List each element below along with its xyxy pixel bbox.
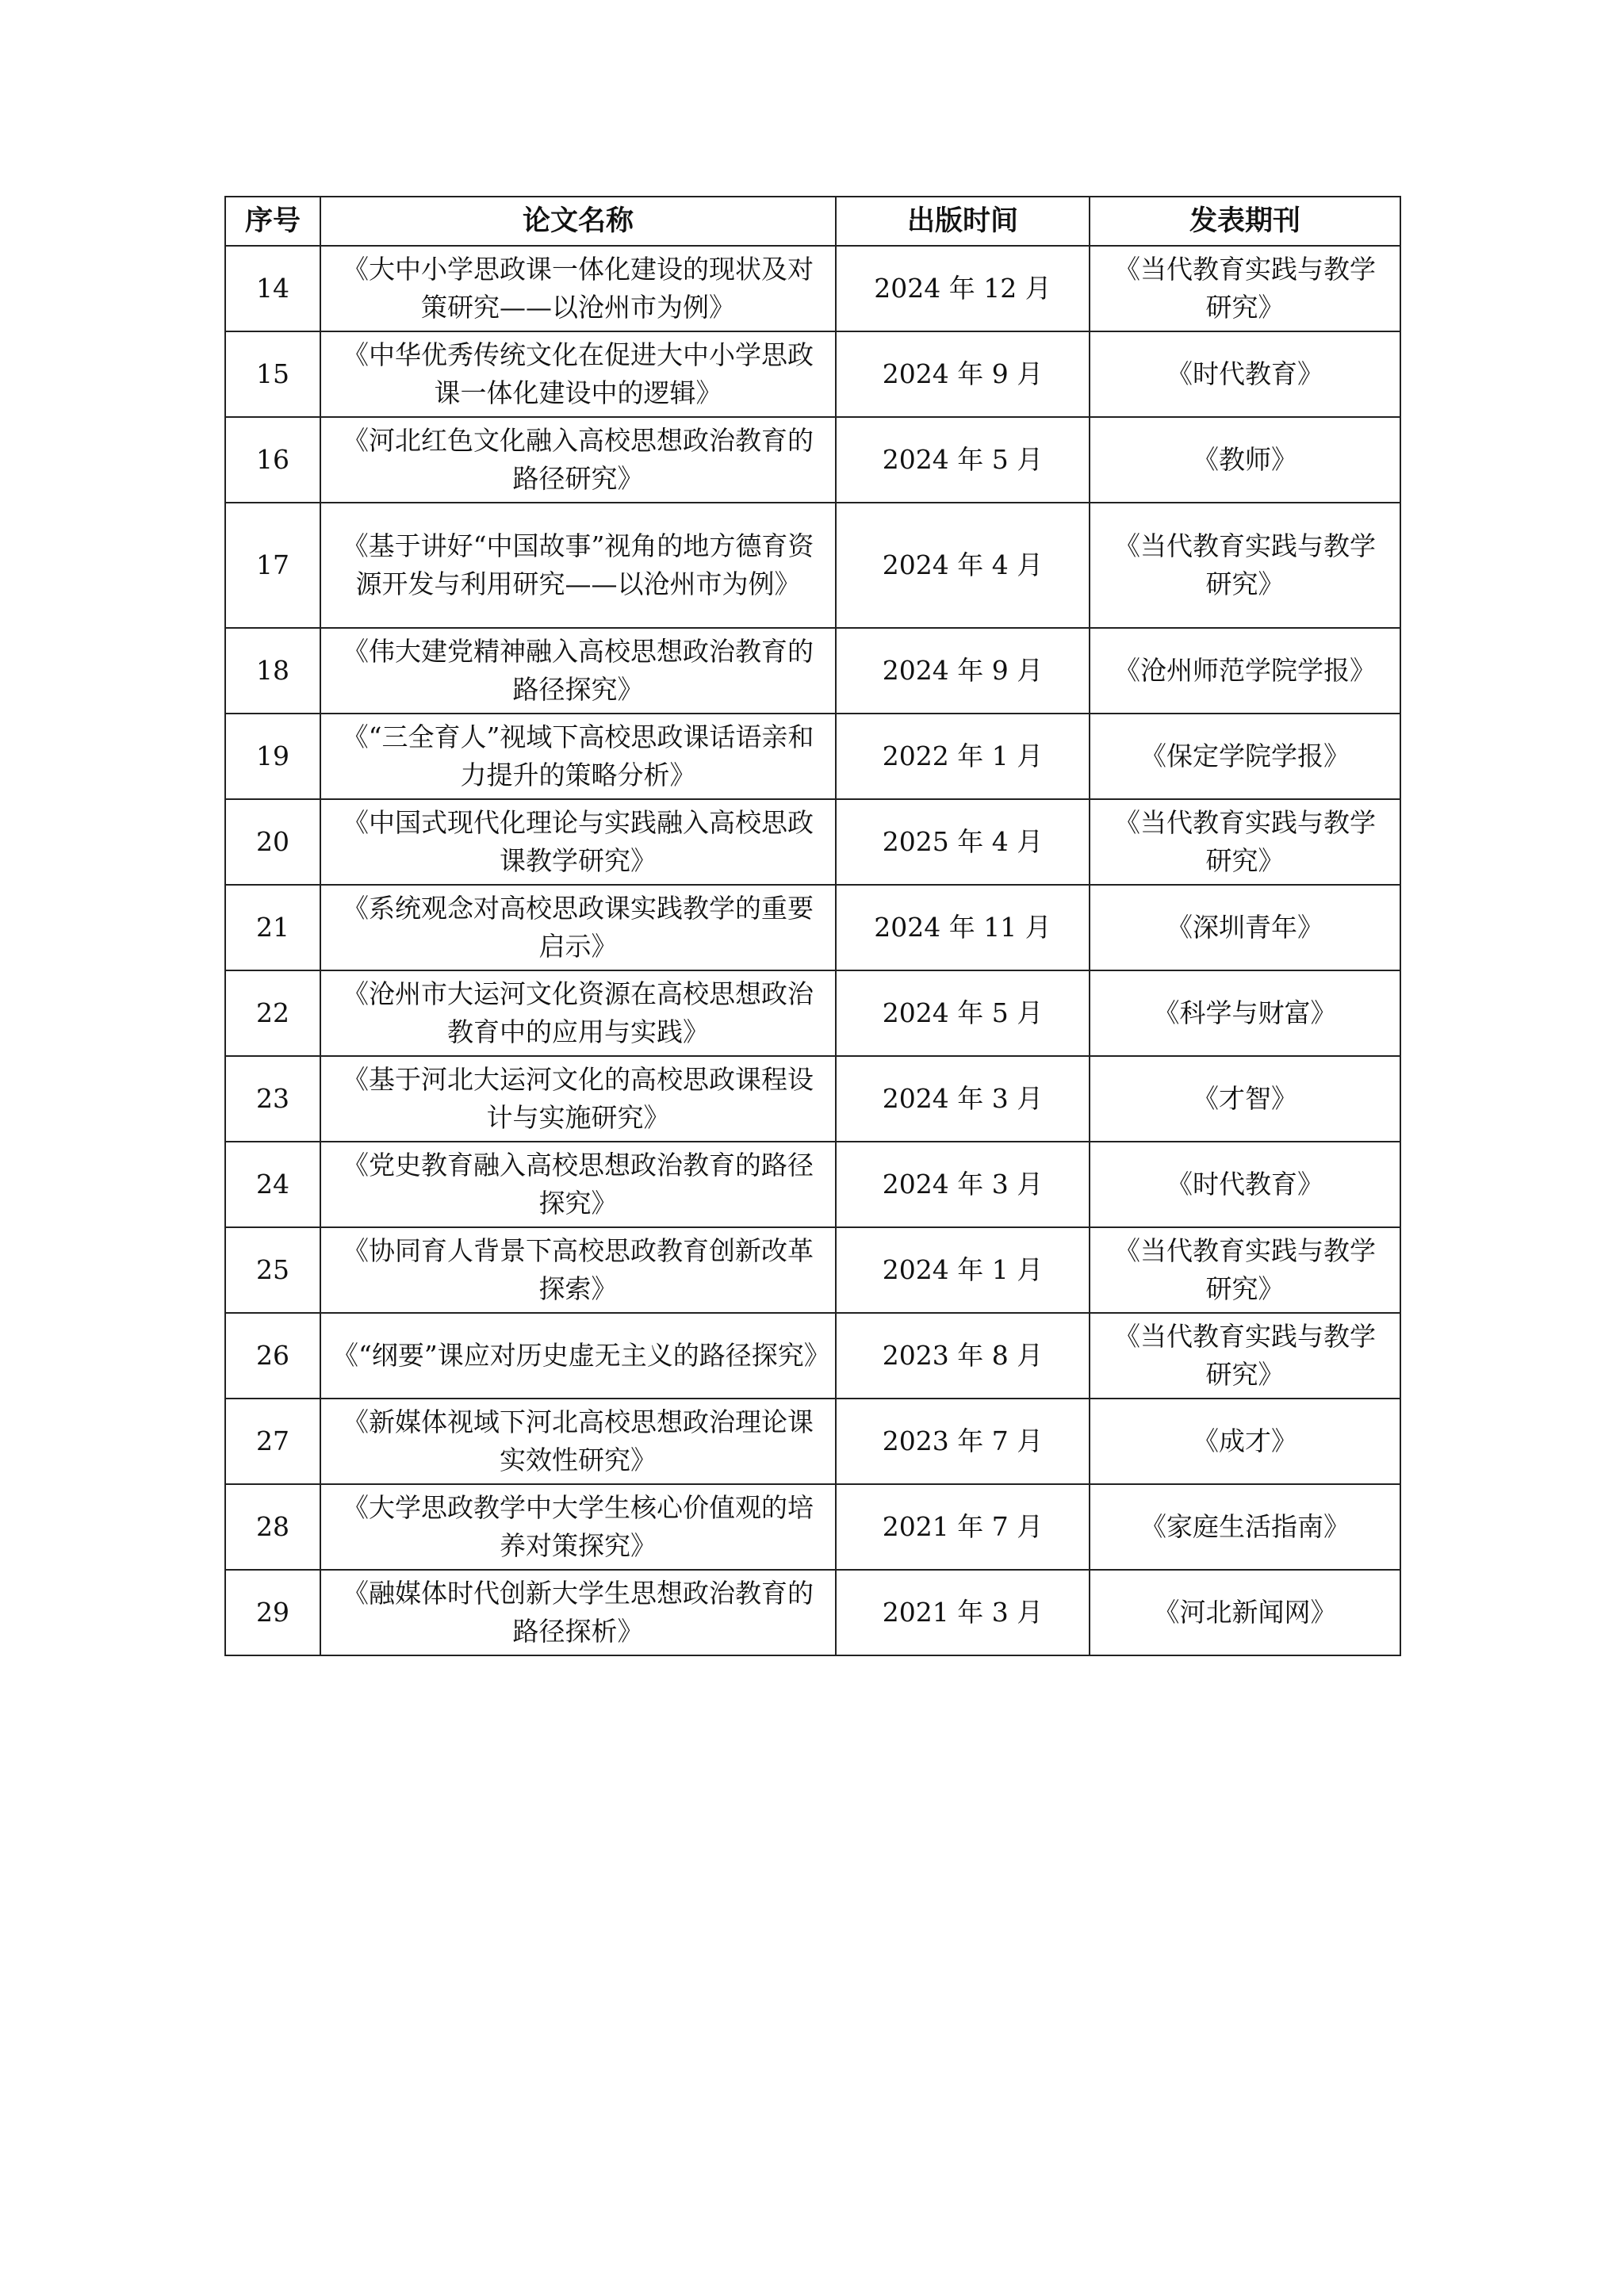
cell-no: 24 [225, 1142, 320, 1227]
table-row: 21《系统观念对高校思政课实践教学的重要启示》2024 年 11 月《深圳青年》 [225, 885, 1400, 970]
table-row: 14《大中小学思政课一体化建设的现状及对策研究——以沧州市为例》2024 年 1… [225, 246, 1400, 331]
document-page: 序号 论文名称 出版时间 发表期刊 14《大中小学思政课一体化建设的现状及对策研… [0, 0, 1624, 2296]
cell-no: 16 [225, 417, 320, 503]
cell-journal: 《时代教育》 [1090, 1142, 1400, 1227]
cell-title: 《大中小学思政课一体化建设的现状及对策研究——以沧州市为例》 [320, 246, 836, 331]
cell-no: 22 [225, 970, 320, 1056]
cell-date: 2024 年 5 月 [836, 970, 1090, 1056]
cell-journal: 《沧州师范学院学报》 [1090, 628, 1400, 714]
table-row: 18《伟大建党精神融入高校思想政治教育的路径探究》2024 年 9 月《沧州师范… [225, 628, 1400, 714]
cell-date: 2023 年 7 月 [836, 1399, 1090, 1484]
cell-no: 17 [225, 503, 320, 628]
cell-title: 《大学思政教学中大学生核心价值观的培养对策探究》 [320, 1484, 836, 1570]
cell-no: 18 [225, 628, 320, 714]
table-row: 23《基于河北大运河文化的高校思政课程设计与实施研究》2024 年 3 月《才智… [225, 1056, 1400, 1142]
cell-journal: 《当代教育实践与教学研究》 [1090, 503, 1400, 628]
cell-no: 23 [225, 1056, 320, 1142]
cell-date: 2025 年 4 月 [836, 799, 1090, 885]
header-date: 出版时间 [836, 197, 1090, 246]
header-title: 论文名称 [320, 197, 836, 246]
table-row: 27《新媒体视域下河北高校思想政治理论课实效性研究》2023 年 7 月《成才》 [225, 1399, 1400, 1484]
cell-journal: 《保定学院学报》 [1090, 714, 1400, 799]
cell-date: 2024 年 9 月 [836, 628, 1090, 714]
table-row: 28《大学思政教学中大学生核心价值观的培养对策探究》2021 年 7 月《家庭生… [225, 1484, 1400, 1570]
cell-no: 28 [225, 1484, 320, 1570]
cell-date: 2024 年 3 月 [836, 1056, 1090, 1142]
cell-journal: 《成才》 [1090, 1399, 1400, 1484]
cell-journal: 《时代教育》 [1090, 331, 1400, 417]
cell-title: 《伟大建党精神融入高校思想政治教育的路径探究》 [320, 628, 836, 714]
cell-journal: 《当代教育实践与教学研究》 [1090, 246, 1400, 331]
cell-journal: 《当代教育实践与教学研究》 [1090, 1313, 1400, 1399]
cell-no: 15 [225, 331, 320, 417]
cell-date: 2024 年 5 月 [836, 417, 1090, 503]
table-row: 22《沧州市大运河文化资源在高校思想政治教育中的应用与实践》2024 年 5 月… [225, 970, 1400, 1056]
cell-no: 29 [225, 1570, 320, 1655]
cell-title: 《中华优秀传统文化在促进大中小学思政课一体化建设中的逻辑》 [320, 331, 836, 417]
cell-journal: 《深圳青年》 [1090, 885, 1400, 970]
cell-date: 2021 年 7 月 [836, 1484, 1090, 1570]
table-row: 19《“三全育人”视域下高校思政课话语亲和力提升的策略分析》2022 年 1 月… [225, 714, 1400, 799]
cell-no: 14 [225, 246, 320, 331]
cell-no: 27 [225, 1399, 320, 1484]
cell-date: 2024 年 4 月 [836, 503, 1090, 628]
cell-journal: 《科学与财富》 [1090, 970, 1400, 1056]
table-row: 17《基于讲好“中国故事”视角的地方德育资源开发与利用研究——以沧州市为例》20… [225, 503, 1400, 628]
table-row: 15《中华优秀传统文化在促进大中小学思政课一体化建设中的逻辑》2024 年 9 … [225, 331, 1400, 417]
cell-title: 《“三全育人”视域下高校思政课话语亲和力提升的策略分析》 [320, 714, 836, 799]
cell-date: 2024 年 3 月 [836, 1142, 1090, 1227]
cell-journal: 《家庭生活指南》 [1090, 1484, 1400, 1570]
cell-no: 21 [225, 885, 320, 970]
header-journal: 发表期刊 [1090, 197, 1400, 246]
cell-date: 2021 年 3 月 [836, 1570, 1090, 1655]
cell-title: 《“纲要”课应对历史虚无主义的路径探究》 [320, 1313, 836, 1399]
table-row: 26《“纲要”课应对历史虚无主义的路径探究》2023 年 8 月《当代教育实践与… [225, 1313, 1400, 1399]
table-row: 24《党史教育融入高校思想政治教育的路径探究》2024 年 3 月《时代教育》 [225, 1142, 1400, 1227]
cell-title: 《新媒体视域下河北高校思想政治理论课实效性研究》 [320, 1399, 836, 1484]
header-no: 序号 [225, 197, 320, 246]
cell-date: 2024 年 1 月 [836, 1227, 1090, 1313]
table-row: 16《河北红色文化融入高校思想政治教育的路径研究》2024 年 5 月《教师》 [225, 417, 1400, 503]
cell-journal: 《教师》 [1090, 417, 1400, 503]
cell-no: 19 [225, 714, 320, 799]
papers-table: 序号 论文名称 出版时间 发表期刊 14《大中小学思政课一体化建设的现状及对策研… [224, 196, 1401, 1656]
cell-title: 《中国式现代化理论与实践融入高校思政课教学研究》 [320, 799, 836, 885]
cell-journal: 《当代教育实践与教学研究》 [1090, 799, 1400, 885]
cell-no: 26 [225, 1313, 320, 1399]
cell-title: 《融媒体时代创新大学生思想政治教育的路径探析》 [320, 1570, 836, 1655]
table-row: 20《中国式现代化理论与实践融入高校思政课教学研究》2025 年 4 月《当代教… [225, 799, 1400, 885]
cell-date: 2024 年 12 月 [836, 246, 1090, 331]
cell-title: 《基于河北大运河文化的高校思政课程设计与实施研究》 [320, 1056, 836, 1142]
table-row: 25《协同育人背景下高校思政教育创新改革探索》2024 年 1 月《当代教育实践… [225, 1227, 1400, 1313]
cell-no: 25 [225, 1227, 320, 1313]
cell-date: 2024 年 11 月 [836, 885, 1090, 970]
cell-journal: 《河北新闻网》 [1090, 1570, 1400, 1655]
cell-no: 20 [225, 799, 320, 885]
cell-journal: 《才智》 [1090, 1056, 1400, 1142]
cell-date: 2023 年 8 月 [836, 1313, 1090, 1399]
cell-journal: 《当代教育实践与教学研究》 [1090, 1227, 1400, 1313]
cell-title: 《协同育人背景下高校思政教育创新改革探索》 [320, 1227, 836, 1313]
cell-title: 《党史教育融入高校思想政治教育的路径探究》 [320, 1142, 836, 1227]
cell-title: 《河北红色文化融入高校思想政治教育的路径研究》 [320, 417, 836, 503]
cell-title: 《基于讲好“中国故事”视角的地方德育资源开发与利用研究——以沧州市为例》 [320, 503, 836, 628]
cell-title: 《系统观念对高校思政课实践教学的重要启示》 [320, 885, 836, 970]
table-row: 29《融媒体时代创新大学生思想政治教育的路径探析》2021 年 3 月《河北新闻… [225, 1570, 1400, 1655]
table-header-row: 序号 论文名称 出版时间 发表期刊 [225, 197, 1400, 246]
cell-date: 2022 年 1 月 [836, 714, 1090, 799]
cell-title: 《沧州市大运河文化资源在高校思想政治教育中的应用与实践》 [320, 970, 836, 1056]
cell-date: 2024 年 9 月 [836, 331, 1090, 417]
